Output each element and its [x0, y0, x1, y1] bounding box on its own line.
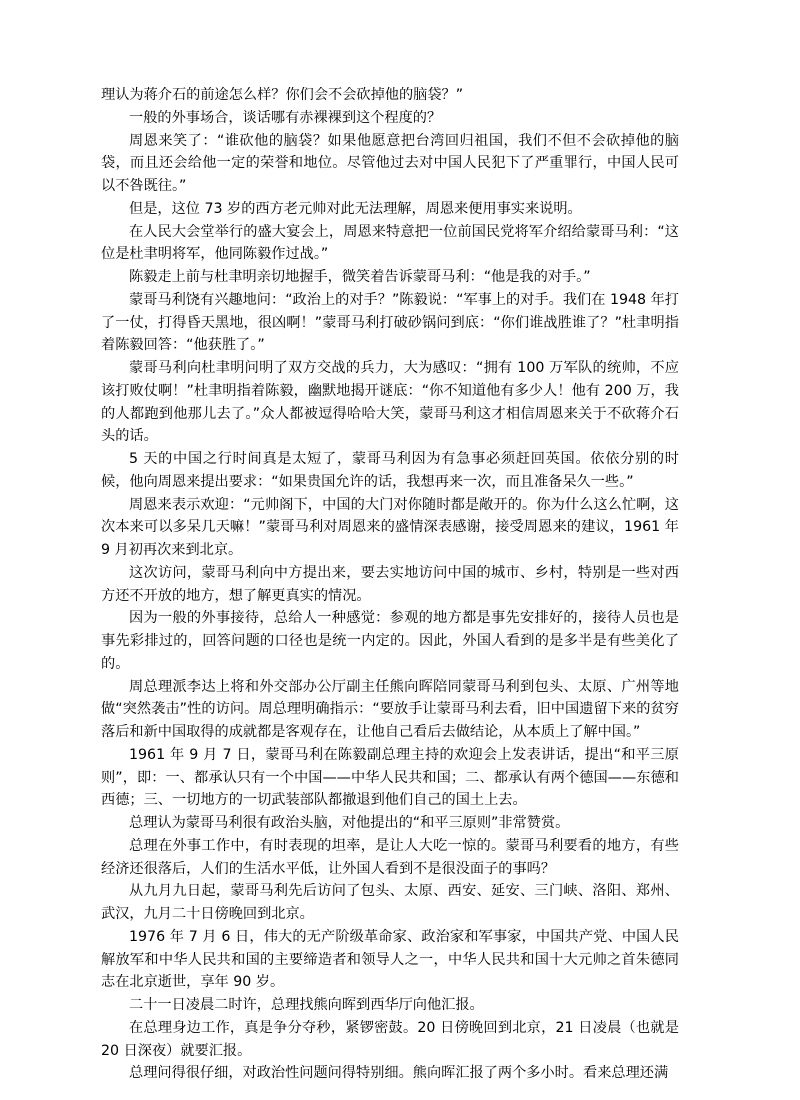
paragraph: 周总理派李达上将和外交部办公厅副主任熊向晖陪同蒙哥马利到包头、太原、广州等地做“… — [101, 676, 679, 744]
paragraph: 5 天的中国之行时间真是太短了，蒙哥马利因为有急事必须赶回英国。依依分别的时候，… — [101, 448, 679, 494]
paragraph: 蒙哥马利向杜聿明问明了双方交战的兵力，大为感叹：“拥有 100 万军队的统帅，不… — [101, 357, 679, 448]
paragraph: 二十一日凌晨二时许，总理找熊向晖到西华厅向他汇报。 — [101, 994, 679, 1017]
paragraph: 这次访问，蒙哥马利向中方提出来，要去实地访问中国的城市、乡村，特别是一些对西方还… — [101, 562, 679, 608]
paragraph: 因为一般的外事接待，总给人一种感觉：参观的地方都是事先安排好的，接待人员也是事先… — [101, 607, 679, 675]
paragraph: 从九月九日起，蒙哥马利先后访问了包头、太原、西安、延安、三门峡、洛阳、郑州、武汉… — [101, 880, 679, 926]
paragraph: 理认为蒋介石的前途怎么样？你们会不会砍掉他的脑袋？” — [101, 84, 679, 107]
paragraph: 1976 年 7 月 6 日，伟大的无产阶级革命家、政治家和军事家，中国共产党、… — [101, 926, 679, 994]
paragraph: 1961 年 9 月 7 日，蒙哥马利在陈毅副总理主持的欢迎会上发表讲话，提出“… — [101, 744, 679, 812]
document-page: 理认为蒋介石的前途怎么样？你们会不会砍掉他的脑袋？” 一般的外事场合，谈话哪有赤… — [101, 84, 679, 1085]
paragraph: 周恩来笑了：“谁砍他的脑袋？如果他愿意把台湾回归祖国，我们不但不会砍掉他的脑袋，… — [101, 130, 679, 198]
paragraph: 总理问得很仔细，对政治性问题问得特别细。熊向晖汇报了两个多小时。看来总理还满 — [101, 1062, 679, 1085]
paragraph: 总理在外事工作中，有时表现的坦率，是让人大吃一惊的。蒙哥马利要看的地方，有些经济… — [101, 835, 679, 881]
paragraph: 一般的外事场合，谈话哪有赤裸裸到这个程度的？ — [101, 107, 679, 130]
paragraph: 在人民大会堂举行的盛大宴会上，周恩来特意把一位前国民党将军介绍给蒙哥马利：“这位… — [101, 221, 679, 267]
paragraph: 陈毅走上前与杜聿明亲切地握手，微笑着告诉蒙哥马利：“他是我的对手。” — [101, 266, 679, 289]
paragraph: 总理认为蒙哥马利很有政治头脑，对他提出的“和平三原则”非常赞赏。 — [101, 812, 679, 835]
paragraph: 蒙哥马利饶有兴趣地问：“政治上的对手？”陈毅说：“军事上的对手。我们在 1948… — [101, 289, 679, 357]
paragraph: 但是，这位 73 岁的西方老元帅对此无法理解，周恩来便用事实来说明。 — [101, 198, 679, 221]
paragraph: 周恩来表示欢迎：“元帅阁下，中国的大门对你随时都是敞开的。你为什么这么忙啊，这次… — [101, 494, 679, 562]
paragraph: 在总理身边工作，真是争分夺秒，紧锣密鼓。20 日傍晚回到北京，21 日凌晨（也就… — [101, 1017, 679, 1063]
